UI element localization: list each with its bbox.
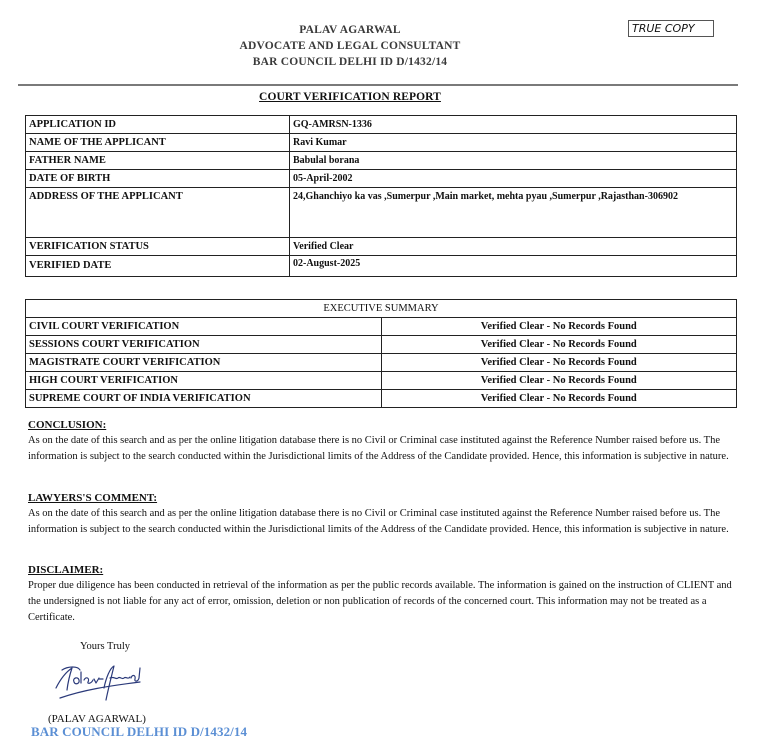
row-value: Babulal borana [290,152,737,170]
table-row: HIGH COURT VERIFICATION Verified Clear -… [26,372,737,390]
table-row: DATE OF BIRTH 05-April-2002 [26,170,737,188]
table-row: SUPREME COURT OF INDIA VERIFICATION Veri… [26,390,737,408]
row-label: CIVIL COURT VERIFICATION [26,318,382,336]
table-header-row: EXECUTIVE SUMMARY [26,300,737,318]
row-value: GQ-AMRSN-1336 [290,116,737,134]
row-label: NAME OF THE APPLICANT [26,134,290,152]
report-title: COURT VERIFICATION REPORT [0,91,700,103]
conclusion-text: As on the date of this search and as per… [28,433,733,465]
row-label: ADDRESS OF THE APPLICANT [26,188,290,238]
table-row: SESSIONS COURT VERIFICATION Verified Cle… [26,336,737,354]
table-row: VERIFIED DATE 02-August-2025 [26,256,737,277]
row-value: 05-April-2002 [290,170,737,188]
table-row: FATHER NAME Babulal borana [26,152,737,170]
signature-icon [48,658,158,708]
disclaimer-text: Proper due diligence has been conducted … [28,578,733,626]
row-label: SESSIONS COURT VERIFICATION [26,336,382,354]
row-value: Verified Clear - No Records Found [381,372,737,390]
table-row: VERIFICATION STATUS Verified Clear [26,238,737,256]
row-label: MAGISTRATE COURT VERIFICATION [26,354,382,372]
lawyers-comment-heading: LAWYERS'S COMMENT: [28,491,733,506]
conclusion-section: CONCLUSION: As on the date of this searc… [28,418,733,465]
row-value: Verified Clear - No Records Found [381,318,737,336]
header-divider [18,84,738,86]
row-label: VERIFIED DATE [26,256,290,277]
row-value: 02-August-2025 [290,256,737,277]
applicant-details-table: APPLICATION ID GQ-AMRSN-1336 NAME OF THE… [25,115,737,277]
summary-heading: EXECUTIVE SUMMARY [26,300,737,318]
signatory-bar-id: BAR COUNCIL DELHI ID D/1432/14 [31,724,247,740]
advocate-title: ADVOCATE AND LEGAL CONSULTANT [0,38,700,54]
row-label: HIGH COURT VERIFICATION [26,372,382,390]
row-value: Verified Clear - No Records Found [381,354,737,372]
disclaimer-section: DISCLAIMER: Proper due diligence has bee… [28,563,733,626]
advocate-name: PALAV AGARWAL [0,22,700,38]
row-label: DATE OF BIRTH [26,170,290,188]
table-row: ADDRESS OF THE APPLICANT 24,Ghanchiyo ka… [26,188,737,238]
true-copy-stamp: TRUE COPY [628,20,714,37]
table-row: MAGISTRATE COURT VERIFICATION Verified C… [26,354,737,372]
row-value: Verified Clear [290,238,737,256]
row-value: Verified Clear - No Records Found [381,390,737,408]
conclusion-heading: CONCLUSION: [28,418,733,433]
row-value: Verified Clear - No Records Found [381,336,737,354]
closing-text: Yours Truly [80,641,130,652]
row-label: VERIFICATION STATUS [26,238,290,256]
row-label: FATHER NAME [26,152,290,170]
row-value: 24,Ghanchiyo ka vas ,Sumerpur ,Main mark… [290,188,737,238]
row-label: APPLICATION ID [26,116,290,134]
letterhead: PALAV AGARWAL ADVOCATE AND LEGAL CONSULT… [0,22,700,70]
row-label: SUPREME COURT OF INDIA VERIFICATION [26,390,382,408]
table-row: CIVIL COURT VERIFICATION Verified Clear … [26,318,737,336]
bar-council-id: BAR COUNCIL DELHI ID D/1432/14 [0,54,700,70]
lawyers-comment-text: As on the date of this search and as per… [28,506,733,538]
table-row: APPLICATION ID GQ-AMRSN-1336 [26,116,737,134]
executive-summary-table: EXECUTIVE SUMMARY CIVIL COURT VERIFICATI… [25,299,737,408]
table-row: NAME OF THE APPLICANT Ravi Kumar [26,134,737,152]
disclaimer-heading: DISCLAIMER: [28,563,733,578]
lawyers-comment-section: LAWYERS'S COMMENT: As on the date of thi… [28,491,733,538]
row-value: Ravi Kumar [290,134,737,152]
